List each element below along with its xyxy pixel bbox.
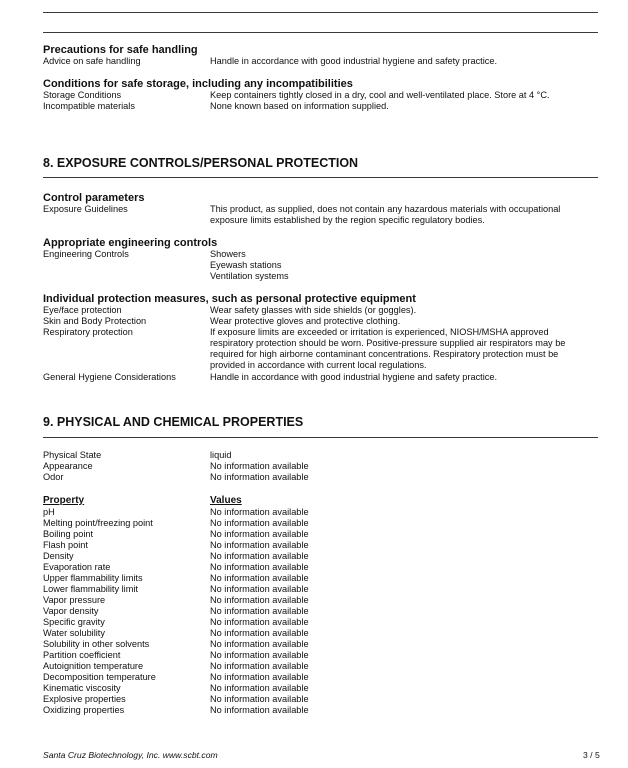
property-row-label: Boiling point (43, 529, 93, 540)
property-row-value: No information available (210, 694, 309, 705)
property-row-label: Oxidizing properties (43, 705, 124, 716)
section-9-title: 9. PHYSICAL AND CHEMICAL PROPERTIES (43, 415, 303, 429)
basic-property-value: liquid (210, 450, 231, 461)
property-row-label: Specific gravity (43, 617, 105, 628)
page-header-cropped (43, 0, 183, 2)
property-row-label: Decomposition temperature (43, 672, 156, 683)
property-row-value: No information available (210, 639, 309, 650)
skin-value: Wear protective gloves and protective cl… (210, 316, 400, 327)
property-row-value: No information available (210, 540, 309, 551)
basic-property-value: No information available (210, 472, 309, 483)
section-8-divider (43, 177, 598, 178)
property-column-header: Property (43, 495, 84, 506)
engineering-value-1: Showers (210, 249, 246, 260)
eye-label: Eye/face protection (43, 305, 122, 316)
engineering-heading: Appropriate engineering controls (43, 237, 217, 249)
page-header-right-cropped (495, 0, 595, 2)
property-row-label: Explosive properties (43, 694, 126, 705)
respiratory-line-4: provided in accordance with current loca… (210, 360, 427, 371)
storage-heading: Conditions for safe storage, including a… (43, 78, 353, 90)
property-row-label: Evaporation rate (43, 562, 110, 573)
engineering-label: Engineering Controls (43, 249, 129, 260)
page-number: 3 / 5 (583, 750, 600, 761)
footer-company: Santa Cruz Biotechnology, Inc. www.scbt.… (43, 750, 218, 760)
property-row-value: No information available (210, 650, 309, 661)
section-divider (43, 32, 598, 33)
exposure-guidelines-label: Exposure Guidelines (43, 204, 128, 215)
property-row-value: No information available (210, 518, 309, 529)
property-row-value: No information available (210, 573, 309, 584)
property-row-label: pH (43, 507, 55, 518)
section-9-divider (43, 437, 598, 438)
incompatible-value: None known based on information supplied… (210, 101, 389, 112)
section-8-title: 8. EXPOSURE CONTROLS/PERSONAL PROTECTION (43, 156, 358, 170)
property-row-value: No information available (210, 529, 309, 540)
property-row-label: Upper flammability limits (43, 573, 143, 584)
advice-value: Handle in accordance with good industria… (210, 56, 497, 67)
control-parameters-heading: Control parameters (43, 192, 144, 204)
property-row-value: No information available (210, 617, 309, 628)
storage-value: Keep containers tightly closed in a dry,… (210, 90, 550, 101)
property-row-value: No information available (210, 551, 309, 562)
property-row-value: No information available (210, 683, 309, 694)
ppe-heading: Individual protection measures, such as … (43, 293, 416, 305)
respiratory-line-2: respiratory protection should be worn. P… (210, 338, 565, 349)
property-row-value: No information available (210, 562, 309, 573)
property-row-value: No information available (210, 595, 309, 606)
property-row-value: No information available (210, 672, 309, 683)
storage-label: Storage Conditions (43, 90, 121, 101)
values-column-header: Values (210, 495, 242, 506)
advice-label: Advice on safe handling (43, 56, 141, 67)
property-row-value: No information available (210, 507, 309, 518)
property-row-value: No information available (210, 705, 309, 716)
eye-value: Wear safety glasses with side shields (o… (210, 305, 416, 316)
engineering-value-2: Eyewash stations (210, 260, 282, 271)
property-row-label: Flash point (43, 540, 88, 551)
incompatible-label: Incompatible materials (43, 101, 135, 112)
property-row-value: No information available (210, 628, 309, 639)
property-row-label: Water solubility (43, 628, 105, 639)
header-divider (43, 12, 598, 13)
property-row-label: Vapor pressure (43, 595, 105, 606)
respiratory-line-1: If exposure limits are exceeded or irrit… (210, 327, 549, 338)
basic-property-value: No information available (210, 461, 309, 472)
property-row-label: Melting point/freezing point (43, 518, 153, 529)
respiratory-label: Respiratory protection (43, 327, 133, 338)
property-row-label: Solubility in other solvents (43, 639, 149, 650)
respiratory-line-3: required for high airborne contaminant c… (210, 349, 558, 360)
basic-property-label: Physical State (43, 450, 101, 461)
basic-property-label: Odor (43, 472, 63, 483)
precautions-heading: Precautions for safe handling (43, 44, 198, 56)
hygiene-value: Handle in accordance with good industria… (210, 372, 497, 383)
skin-label: Skin and Body Protection (43, 316, 146, 327)
property-row-value: No information available (210, 584, 309, 595)
property-row-value: No information available (210, 661, 309, 672)
property-row-label: Kinematic viscosity (43, 683, 121, 694)
exposure-guidelines-line-1: This product, as supplied, does not cont… (210, 204, 560, 215)
engineering-value-3: Ventilation systems (210, 271, 289, 282)
property-row-label: Density (43, 551, 74, 562)
property-row-value: No information available (210, 606, 309, 617)
exposure-guidelines-line-2: exposure limits established by the regio… (210, 215, 485, 226)
property-row-label: Lower flammability limit (43, 584, 138, 595)
property-row-label: Autoignition temperature (43, 661, 143, 672)
basic-property-label: Appearance (43, 461, 93, 472)
property-row-label: Vapor density (43, 606, 99, 617)
hygiene-label: General Hygiene Considerations (43, 372, 176, 383)
property-row-label: Partition coefficient (43, 650, 120, 661)
